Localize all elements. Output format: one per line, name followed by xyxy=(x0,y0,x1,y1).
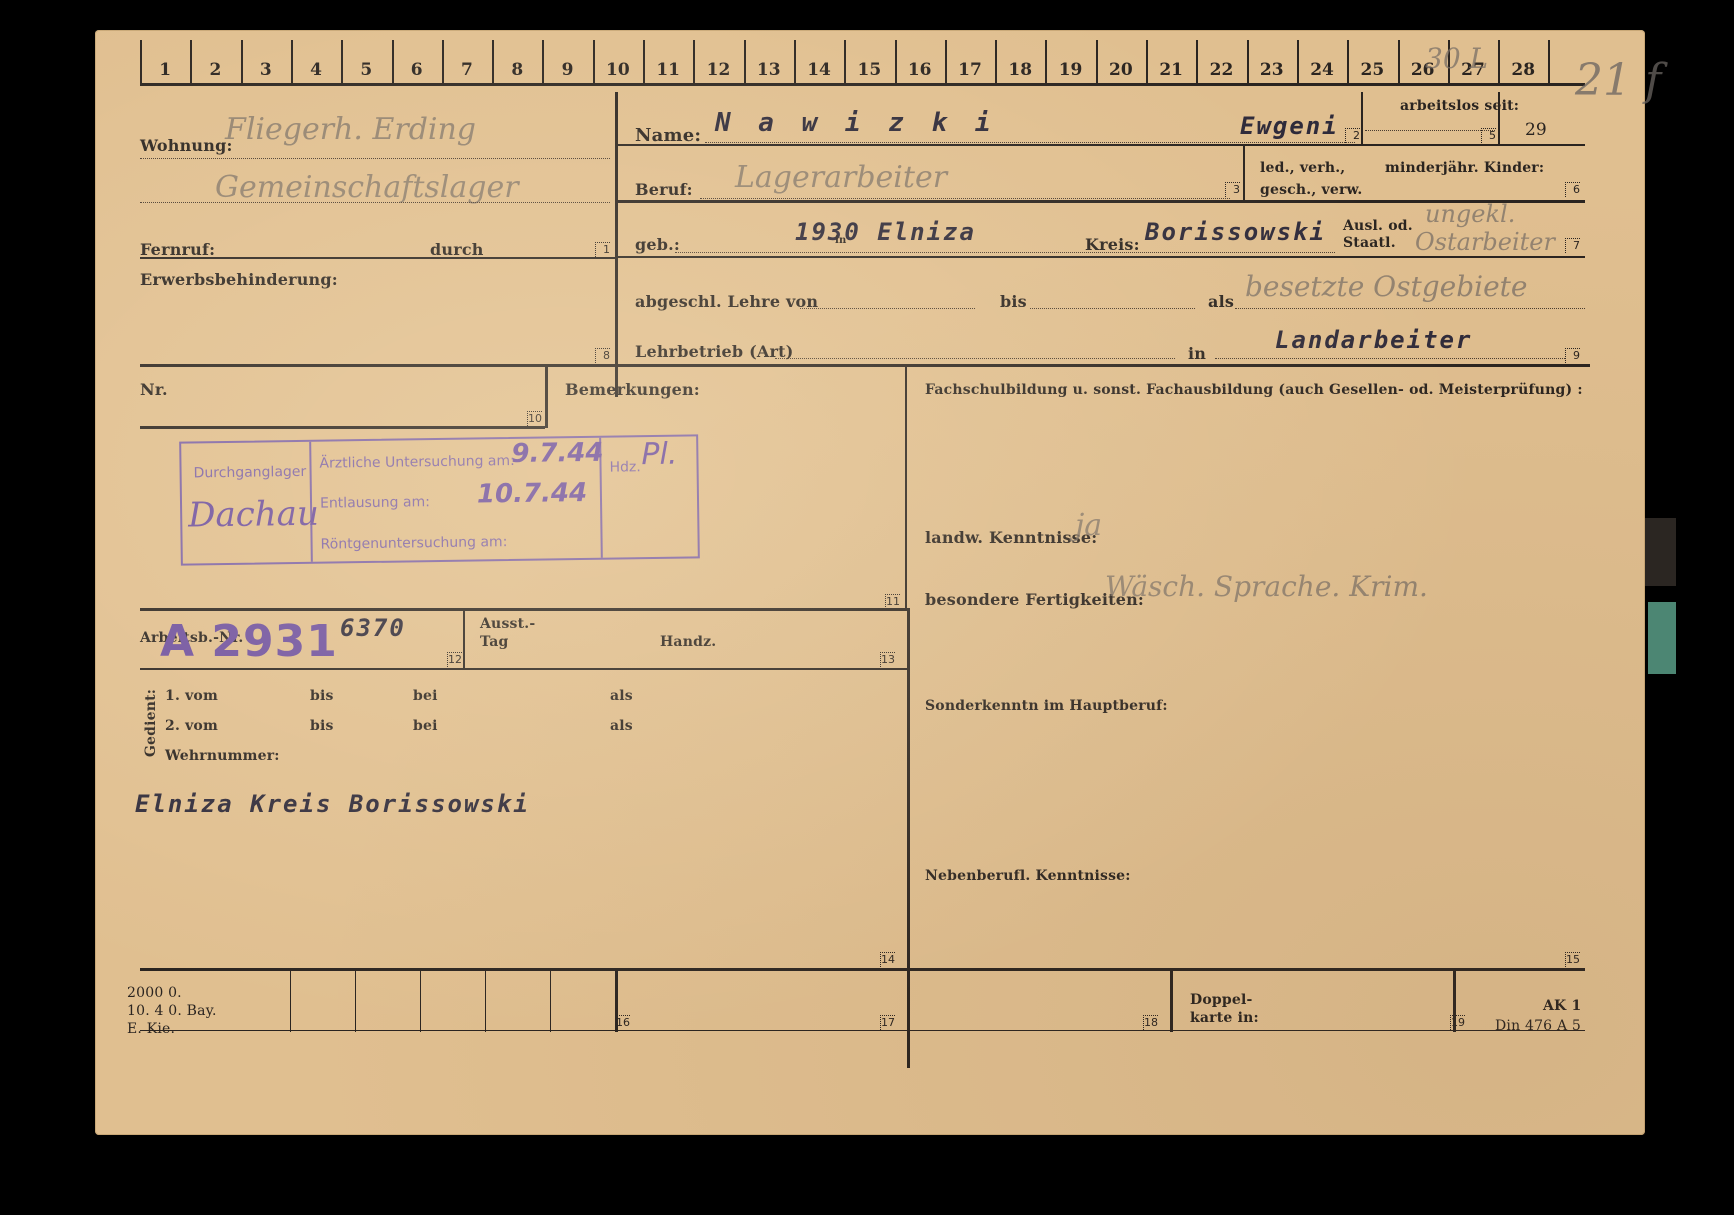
staatl-value: Ostarbeiter xyxy=(1415,228,1555,256)
footer-print-3: E. Kie. xyxy=(127,1021,175,1037)
landw-value: ja xyxy=(1075,508,1102,543)
handz-label: Handz. xyxy=(660,634,716,650)
in-label: in xyxy=(835,235,846,246)
green-mark xyxy=(1648,602,1676,674)
stamp-entlausung-date: 10.7.44 xyxy=(477,478,588,510)
ruler-number: 1 xyxy=(140,60,190,80)
ruler-number: 2 xyxy=(190,60,240,80)
stamp-durchgangslager: Durchganglager xyxy=(193,464,306,482)
minderjaehr-label: minderjähr. Kinder: xyxy=(1385,160,1544,176)
gedient-label: Gedient: xyxy=(143,689,159,757)
als1-label: als xyxy=(610,688,633,704)
dotted-line xyxy=(140,202,610,203)
footer-divider xyxy=(1170,970,1173,1032)
nr-label: Nr. xyxy=(140,380,168,399)
kreis-value: Borissowski xyxy=(1145,218,1326,246)
besondere-value: Wäsch. Sprache. Krim. xyxy=(1105,570,1428,603)
registration-card: 1234567891011121314151617181920212223242… xyxy=(95,30,1645,1135)
field-number: 14 xyxy=(880,952,895,967)
divider xyxy=(140,968,1585,971)
divider xyxy=(615,144,1585,146)
fachschul-label: Fachschulbildung u. sonst. Fachausbildun… xyxy=(925,382,1583,398)
divider xyxy=(615,256,1585,258)
familienstand-label-2: gesch., verw. xyxy=(1260,182,1362,198)
ruler-number: 13 xyxy=(744,60,794,80)
footer-print-2: 10. 4 0. Bay. xyxy=(127,1003,217,1019)
ruler-number: 24 xyxy=(1297,60,1347,80)
bis-label: bis xyxy=(1000,292,1027,311)
trade-value: Landarbeiter xyxy=(1275,326,1472,354)
ruler-number: 3 xyxy=(241,60,291,80)
dotted-line xyxy=(1365,130,1495,131)
field-number: 3 xyxy=(1225,182,1240,197)
divider xyxy=(140,257,615,259)
dotted-line xyxy=(705,142,1355,143)
bemerkungen-label: Bemerkungen: xyxy=(565,380,700,399)
ausl-value: ungekl. xyxy=(1425,200,1515,228)
dotted-line xyxy=(675,252,1335,253)
geb-label: geb.: xyxy=(635,235,680,254)
divider xyxy=(1361,92,1363,144)
field-29: 29 xyxy=(1525,120,1547,140)
ruler-number: 11 xyxy=(643,60,693,80)
bis2-label: bis xyxy=(310,718,334,734)
lehrbetrieb-label: Lehrbetrieb (Art) xyxy=(635,342,793,361)
field-number: 11 xyxy=(885,594,900,609)
ruler-number: 9 xyxy=(542,60,592,80)
footer-divider xyxy=(907,970,910,1032)
ruler-number: 5 xyxy=(341,60,391,80)
ruler-number: 7 xyxy=(442,60,492,80)
footer-divider xyxy=(290,970,291,1032)
ausst-tag-label: Tag xyxy=(480,634,509,650)
wehrnummer-label: Wehrnummer: xyxy=(165,748,280,764)
divider xyxy=(905,366,907,611)
ausst-label: Ausst.- xyxy=(480,616,535,632)
dotted-line xyxy=(1030,308,1195,309)
ruler-number: 20 xyxy=(1096,60,1146,80)
ausl-label: Ausl. od. xyxy=(1343,218,1413,234)
dotted-line xyxy=(1215,358,1565,359)
field-number: 2 xyxy=(1345,128,1360,143)
form-code: AK 1 xyxy=(1543,998,1581,1014)
dotted-line xyxy=(800,308,975,309)
bis1-label: bis xyxy=(310,688,334,704)
footer-print-1: 2000 0. xyxy=(127,985,182,1001)
ruler-number: 10 xyxy=(593,60,643,80)
field-number: 12 xyxy=(447,652,462,667)
wohnung-line2: Gemeinschaftslager xyxy=(215,170,519,205)
divider xyxy=(140,426,545,429)
arbeitsbuch-stamp: A 2931 xyxy=(160,616,338,667)
field-number: 16 xyxy=(615,1015,630,1030)
handwritten-top-right: 21 f xyxy=(1575,55,1661,106)
ruler-number: 17 xyxy=(945,60,995,80)
ruler-number: 15 xyxy=(844,60,894,80)
stamp-hdz-signature: Pl. xyxy=(641,437,677,472)
stamp-roentgen: Röntgenuntersuchung am: xyxy=(321,534,508,553)
divider xyxy=(140,364,1590,367)
beruf-label: Beruf: xyxy=(635,180,693,199)
als2-label: als xyxy=(610,718,633,734)
vom2-label: 2. vom xyxy=(165,718,218,734)
ruler-number: 12 xyxy=(693,60,743,80)
field-number: 9 xyxy=(1565,348,1580,363)
landw-label: landw. Kenntnisse: xyxy=(925,528,1097,547)
stamp-arztliche-date: 9.7.44 xyxy=(511,438,604,469)
in2-label: in xyxy=(1188,344,1206,363)
divider xyxy=(463,610,465,670)
ruler-number: 4 xyxy=(291,60,341,80)
doppelkarte-label-2: karte in: xyxy=(1190,1010,1259,1026)
ruler-number: 14 xyxy=(794,60,844,80)
stamp-entlausung: Entlausung am: xyxy=(320,494,430,512)
ruler-number: 19 xyxy=(1045,60,1095,80)
wohnung-label: Wohnung: xyxy=(140,136,233,155)
ruler-line xyxy=(140,83,1585,86)
ruler-number: 8 xyxy=(492,60,542,80)
divider xyxy=(1243,144,1245,200)
field-number: 18 xyxy=(1143,1015,1158,1030)
vom1-label: 1. vom xyxy=(165,688,218,704)
footer-divider xyxy=(420,970,421,1032)
sonderkenntn-label: Sonderkenntn im Hauptberuf: xyxy=(925,698,1168,714)
name-label: Name: xyxy=(635,125,701,146)
surname-value: N a w i z k i xyxy=(715,108,997,138)
handwritten-top-mid: 30 L xyxy=(1425,42,1488,75)
als-label: als xyxy=(1208,292,1234,311)
field-number: 19 xyxy=(1450,1015,1465,1030)
stamp-arztliche: Ärztliche Untersuchung am: xyxy=(319,453,515,472)
firstname-value: Ewgeni xyxy=(1240,112,1339,140)
doppelkarte-label: Doppel- xyxy=(1190,992,1253,1008)
staatl-label: Staatl. xyxy=(1343,235,1396,251)
field-number: 13 xyxy=(880,652,895,667)
divider xyxy=(615,92,618,397)
nebenberufl-label: Nebenberufl. Kenntnisse: xyxy=(925,868,1131,884)
arbeitslos-label: arbeitslos seit: xyxy=(1400,98,1519,114)
din-code: Din 476 A 5 xyxy=(1495,1018,1581,1034)
ruler-number: 6 xyxy=(392,60,442,80)
ruler-number: 22 xyxy=(1196,60,1246,80)
stamp-dachau-signature: Dachau xyxy=(188,494,319,536)
field-number: 6 xyxy=(1565,182,1580,197)
field-number: 10 xyxy=(527,411,542,426)
field-number: 5 xyxy=(1481,128,1496,143)
footer-divider xyxy=(355,970,356,1032)
footer-divider xyxy=(550,970,551,1032)
ruler-number: 23 xyxy=(1247,60,1297,80)
divider xyxy=(140,608,910,611)
bei2-label: bei xyxy=(413,718,438,734)
dotted-line xyxy=(700,198,1230,199)
transit-camp-stamp: Durchganglager Dachau Ärztliche Untersuc… xyxy=(179,434,700,565)
field-number: 15 xyxy=(1565,952,1580,967)
als-value: besetzte Ostgebiete xyxy=(1245,270,1528,303)
footer-bottom-line xyxy=(140,1030,1585,1031)
ruler-number: 16 xyxy=(895,60,945,80)
birthplace-full: Elniza Kreis Borissowski xyxy=(135,790,530,818)
lehre-label: abgeschl. Lehre von xyxy=(635,292,818,311)
ruler-number: 18 xyxy=(995,60,1045,80)
ruler-tick xyxy=(1548,40,1550,85)
arbeitsbuch-number: 6370 xyxy=(340,614,406,642)
wohnung-line1: Fliegerh. Erding xyxy=(225,112,476,147)
erwerbsbehinderung-label: Erwerbsbehinderung: xyxy=(140,270,338,289)
birth-value: 1930 Elniza xyxy=(795,218,976,246)
field-number: 17 xyxy=(880,1015,895,1030)
dotted-line xyxy=(775,358,1175,359)
bei1-label: bei xyxy=(413,688,438,704)
footer-divider xyxy=(485,970,486,1032)
beruf-value: Lagerarbeiter xyxy=(735,160,947,195)
divider xyxy=(140,668,910,670)
field-number: 8 xyxy=(595,348,610,363)
field-number: 1 xyxy=(595,242,610,257)
dotted-line xyxy=(1235,308,1585,309)
ruler-number: 21 xyxy=(1146,60,1196,80)
familienstand-label: led., verh., xyxy=(1260,160,1345,176)
field-number: 7 xyxy=(1565,238,1580,253)
ruler-number: 28 xyxy=(1498,60,1548,80)
ruler-number: 25 xyxy=(1347,60,1397,80)
stamp-hdz: Hdz. xyxy=(609,459,640,475)
divider xyxy=(1498,92,1500,144)
dotted-line xyxy=(140,158,610,159)
divider xyxy=(545,366,548,428)
